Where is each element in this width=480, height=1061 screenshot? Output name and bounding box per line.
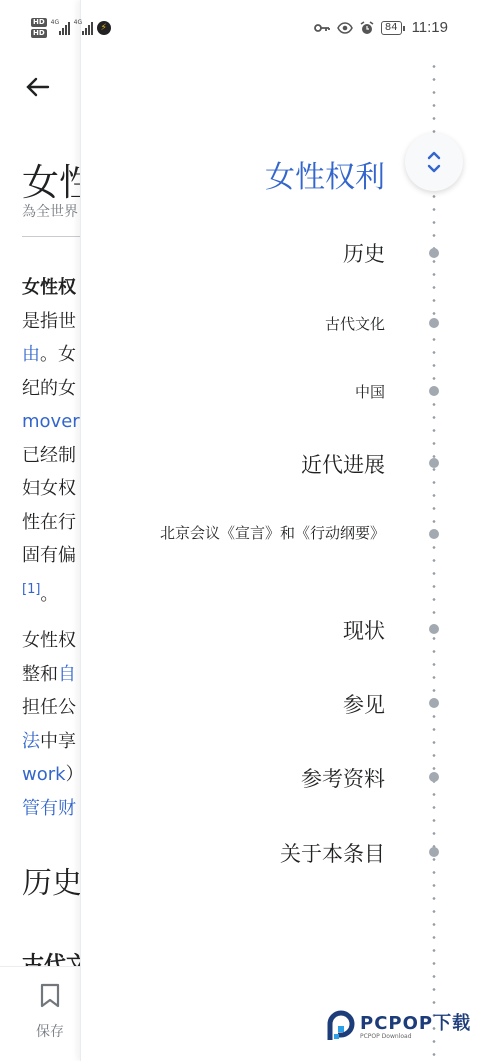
toc-item-history[interactable]: 历史 [343, 238, 385, 268]
toc-scroll-rail[interactable] [432, 60, 436, 1060]
hd-icon: HD [31, 29, 47, 38]
toc-scroll-handle[interactable] [405, 133, 463, 191]
bookmark-icon [39, 983, 61, 1009]
key-icon [314, 23, 330, 33]
section-heading: 历史 [22, 858, 82, 902]
article-link[interactable]: 法 [22, 731, 40, 752]
watermark-sub: PCPOP Download [360, 1033, 471, 1040]
toc-item-china[interactable]: 中国 [355, 381, 385, 402]
article-link[interactable]: work [22, 764, 66, 785]
toc-item-references[interactable]: 参考资料 [301, 763, 385, 793]
article-subtitle: 為全世界 [22, 201, 78, 221]
back-arrow-icon[interactable] [22, 72, 52, 102]
toc-item-current-status[interactable]: 现状 [343, 615, 385, 645]
article-link[interactable]: 自 [58, 664, 76, 685]
save-button[interactable]: 保存 [30, 983, 70, 1041]
sim-indicators: HD HD [31, 18, 47, 38]
article-link[interactable]: 由 [22, 344, 40, 365]
signal-icon: 4G [51, 21, 70, 35]
watermark-brand: PCPOP下载 [360, 1013, 471, 1034]
battery-saver-icon: ⚡ [97, 21, 111, 35]
hd-icon: HD [31, 18, 47, 27]
toc-item-ancient-culture[interactable]: 古代文化 [325, 313, 385, 334]
clock: 11:19 [412, 19, 448, 36]
toc-dot [429, 529, 439, 539]
toc-dot [429, 624, 439, 634]
eye-icon [337, 22, 353, 34]
status-bar: HD HD 4G 4G ⚡ 84 11:19 [0, 0, 480, 58]
status-right: 84 11:19 [314, 19, 448, 36]
toc-dot [429, 847, 439, 857]
reference-link[interactable]: [1] [22, 582, 40, 597]
toc-item-about[interactable]: 关于本条目 [280, 838, 385, 868]
toc-dot [429, 318, 439, 328]
status-left: HD HD 4G 4G ⚡ [31, 18, 111, 38]
toc-dot [429, 386, 439, 396]
toc-dot [429, 698, 439, 708]
chevron-up-down-icon [426, 149, 442, 175]
save-label: 保存 [30, 1021, 70, 1041]
toc-item-beijing-declaration[interactable]: 北京会议《宣言》和《行动纲要》 [125, 521, 385, 545]
toc-dot [429, 248, 439, 258]
signal-icon: 4G [74, 21, 93, 35]
pcpop-logo-icon [326, 1010, 356, 1044]
toc-dot [429, 772, 439, 782]
toc-dot [429, 458, 439, 468]
toc-title[interactable]: 女性权利 [265, 152, 385, 196]
toc-item-see-also[interactable]: 参见 [343, 689, 385, 719]
alarm-icon [360, 21, 374, 35]
toc-item-modern-progress[interactable]: 近代进展 [301, 449, 385, 479]
battery-icon: 84 [381, 21, 402, 35]
watermark: PCPOP下载 PCPOP Download [326, 1010, 471, 1044]
